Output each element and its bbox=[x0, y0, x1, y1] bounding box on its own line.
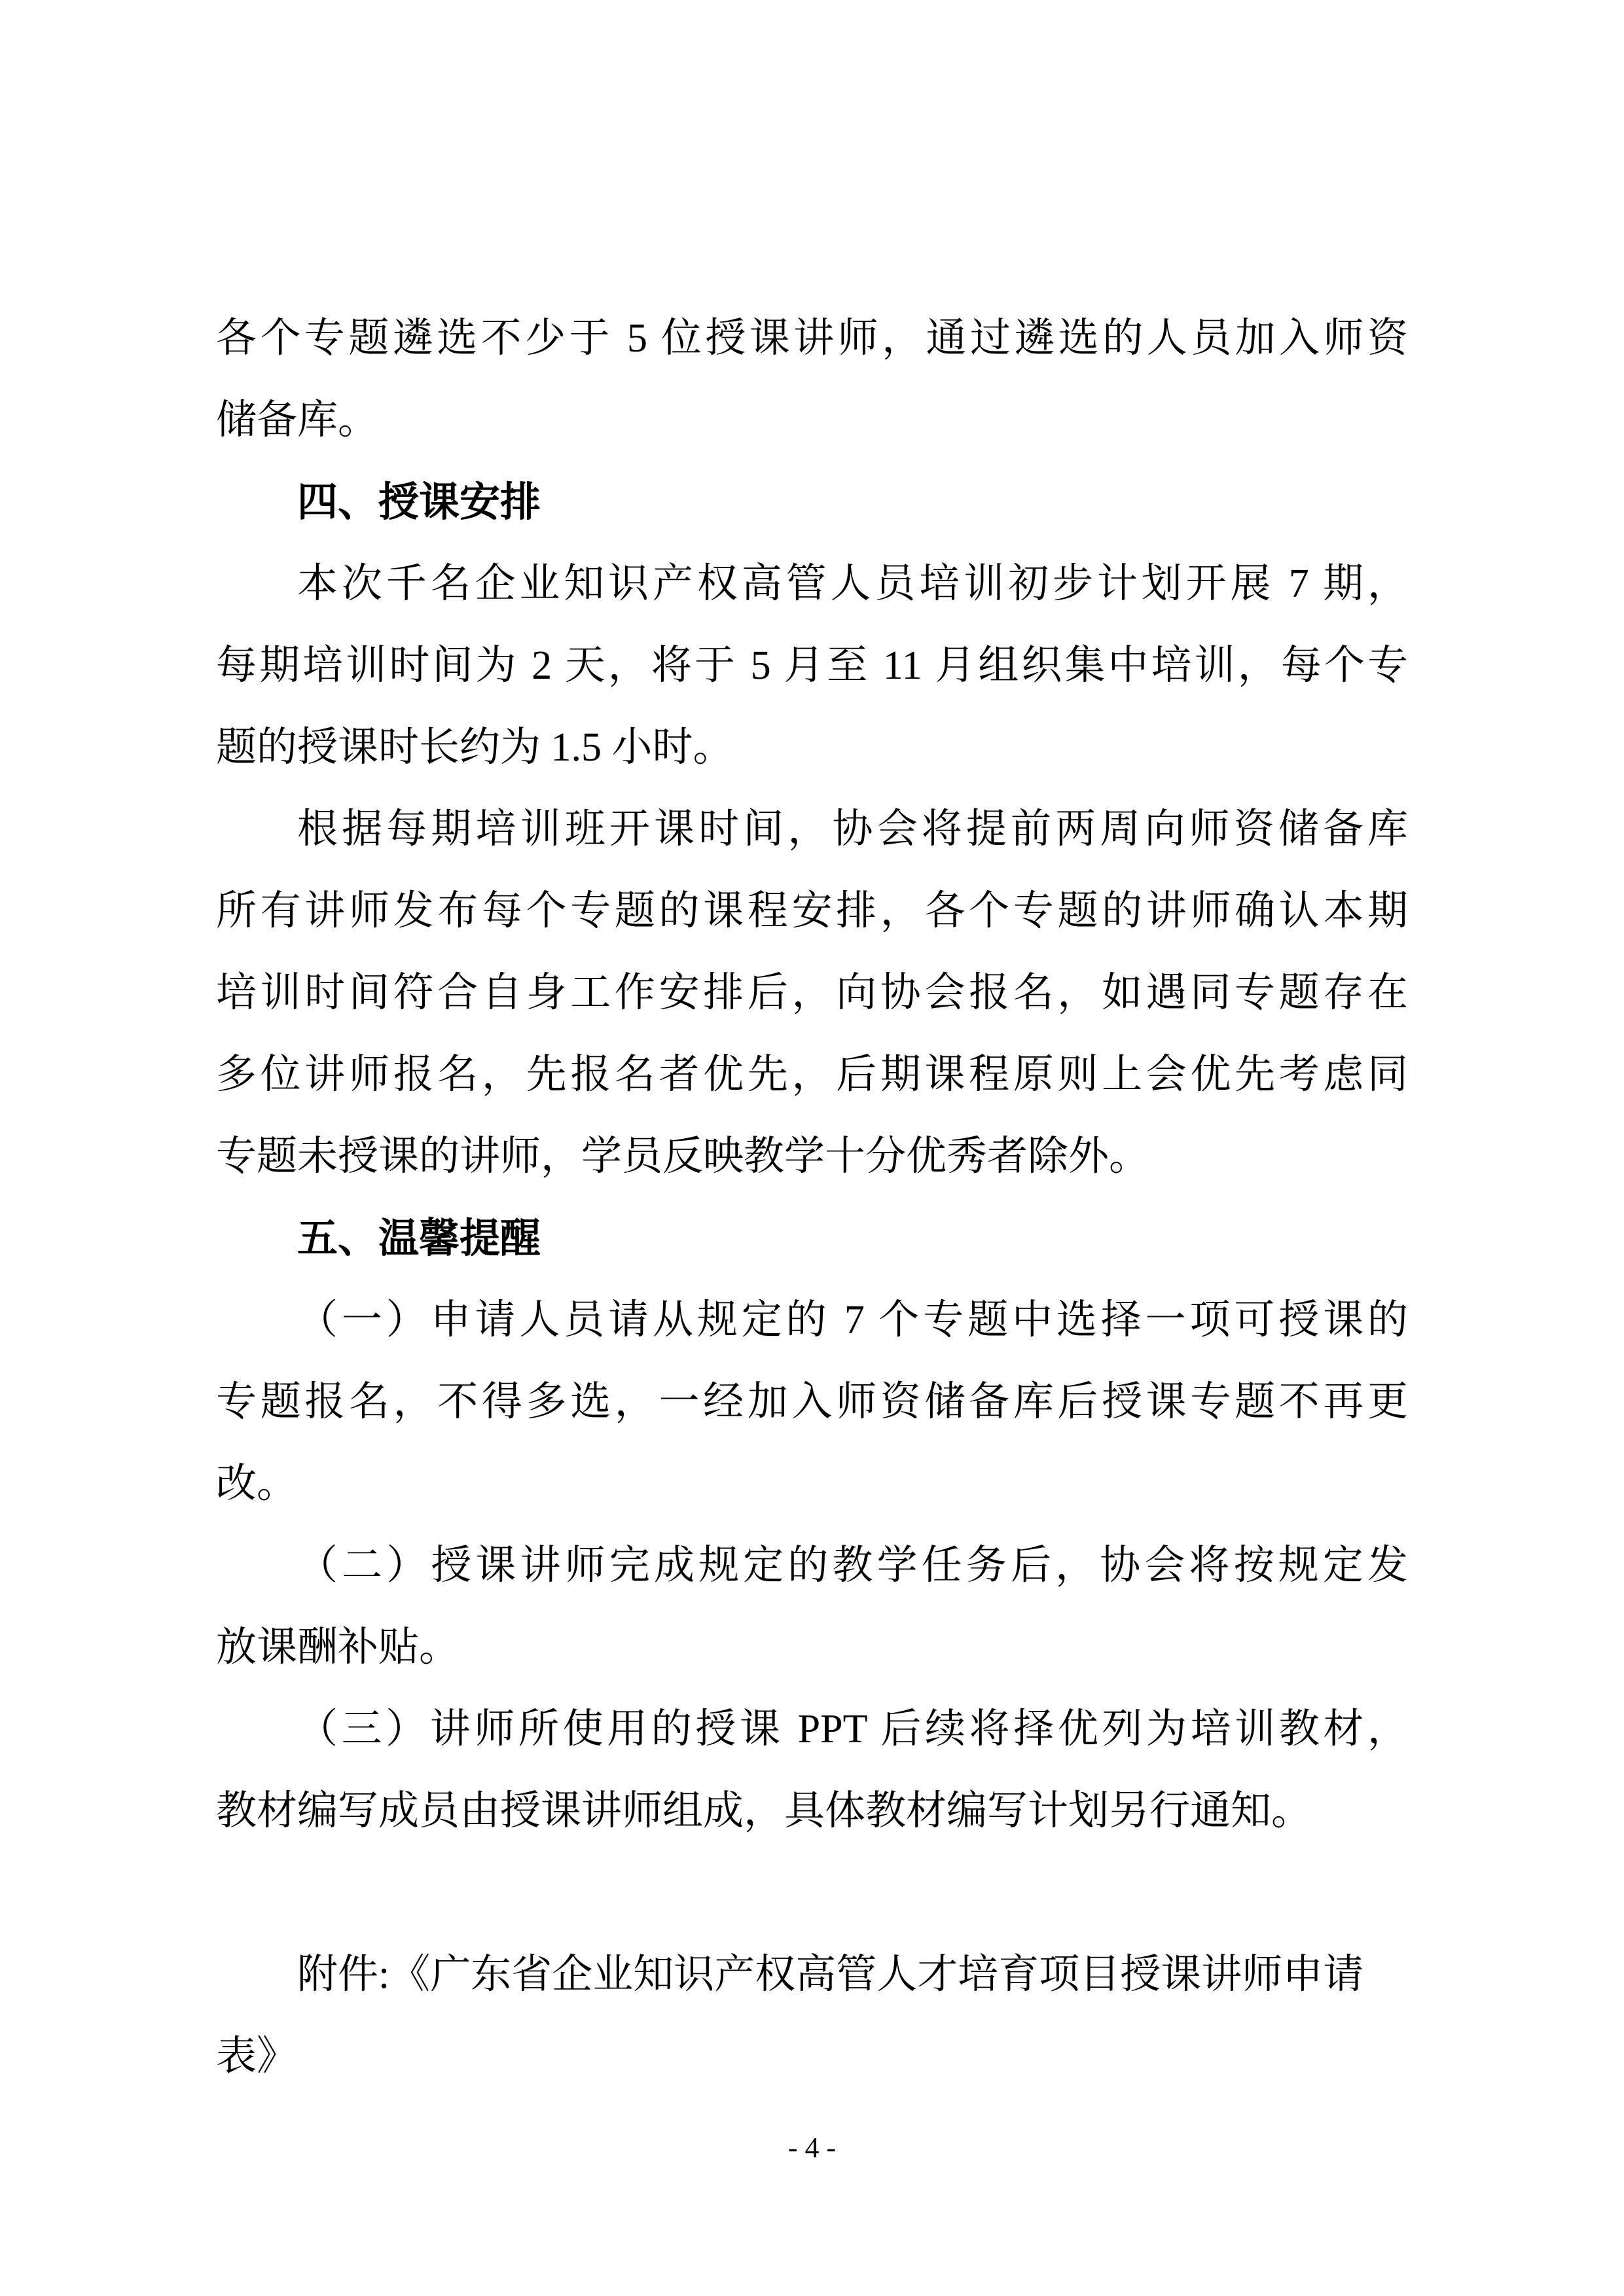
body-line: （三）讲师所使用的授课 PPT 后续将择优列为培训教材， bbox=[216, 1689, 1408, 1770]
body-line: 培训时间符合自身工作安排后，向协会报名，如遇同专题存在 bbox=[216, 952, 1408, 1034]
page-number: - 4 - bbox=[0, 2128, 1624, 2168]
section-heading: 四、授课安排 bbox=[216, 461, 1408, 543]
body-line: 改。 bbox=[216, 1443, 1408, 1525]
body-line: 多位讲师报名，先报名者优先，后期课程原则上会优先考虑同 bbox=[216, 1034, 1408, 1116]
body-line: 题的授课时长约为 1.5 小时。 bbox=[216, 707, 1408, 789]
body-line: 专题未授课的讲师，学员反映教学十分优秀者除外。 bbox=[216, 1116, 1408, 1198]
body-line: 每期培训时间为 2 天，将于 5 月至 11 月组织集中培训，每个专 bbox=[216, 625, 1408, 707]
body-line: 所有讲师发布每个专题的课程安排，各个专题的讲师确认本期 bbox=[216, 870, 1408, 952]
body-line: 教材编写成员由授课讲师组成，具体教材编写计划另行通知。 bbox=[216, 1770, 1408, 1852]
body-line: （一）申请人员请从规定的 7 个专题中选择一项可授课的 bbox=[216, 1280, 1408, 1361]
body-line: 本次千名企业知识产权高管人员培训初步计划开展 7 期， bbox=[216, 543, 1408, 625]
body-line: （二）授课讲师完成规定的教学任务后，协会将按规定发 bbox=[216, 1525, 1408, 1607]
body-line: 各个专题遴选不少于 5 位授课讲师，通过遴选的人员加入师资 bbox=[216, 298, 1408, 380]
document-body: 各个专题遴选不少于 5 位授课讲师，通过遴选的人员加入师资 储备库。 四、授课安… bbox=[216, 298, 1408, 2098]
document-page: 各个专题遴选不少于 5 位授课讲师，通过遴选的人员加入师资 储备库。 四、授课安… bbox=[0, 0, 1624, 2296]
body-line: 储备库。 bbox=[216, 380, 1408, 461]
body-line: 根据每期培训班开课时间，协会将提前两周向师资储备库 bbox=[216, 789, 1408, 870]
body-line: 放课酬补贴。 bbox=[216, 1607, 1408, 1689]
section-heading: 五、温馨提醒 bbox=[216, 1198, 1408, 1280]
body-line: 专题报名，不得多选，一经加入师资储备库后授课专题不再更 bbox=[216, 1361, 1408, 1443]
attachment-line: 附件:《广东省企业知识产权高管人才培育项目授课讲师申请表》 bbox=[216, 1934, 1408, 2098]
blank-line bbox=[216, 1852, 1408, 1934]
